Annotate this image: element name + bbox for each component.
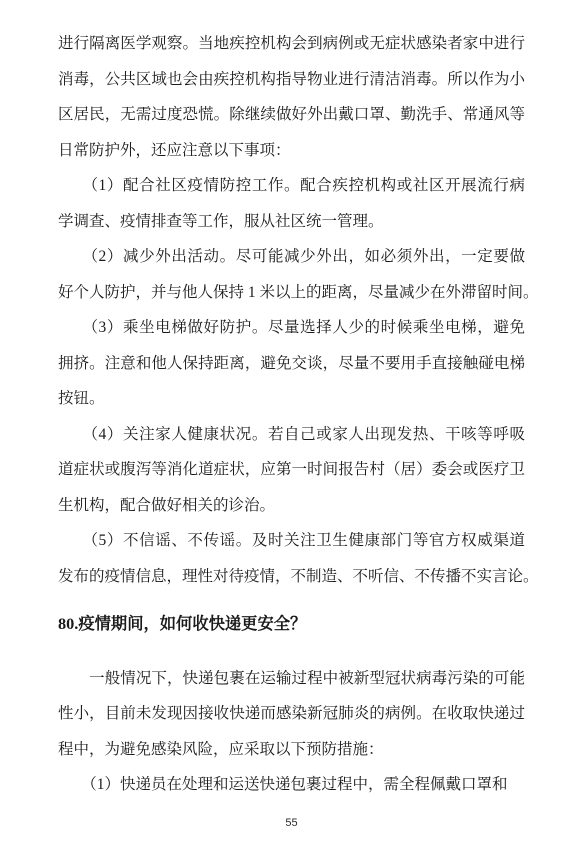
section-heading: 80.疫情期间，如何收快递更安全？ (58, 606, 525, 642)
paragraph: （1）配合社区疫情防控工作。配合疾控机构或社区开展流行病学调查、疫情排查等工作，… (58, 168, 525, 239)
page-footer: 55 (0, 813, 583, 831)
paragraph: （1）快递员在处理和运送快递包裹过程中，需全程佩戴口罩和 (58, 767, 525, 803)
text-line: （2）减少外出活动。尽可能减少外出，如必须外出，一定要做 (58, 239, 525, 275)
text-line: （4）关注家人健康状况。若自己或家人出现发热、干咳等呼吸 (58, 417, 525, 453)
text-line: （5）不信谣、不传谣。及时关注卫生健康部门等官方权威渠道 (58, 523, 525, 559)
text-line: 学调查、疫情排查等工作，服从社区统一管理。 (58, 204, 525, 240)
text-line: （1）快递员在处理和运送快递包裹过程中，需全程佩戴口罩和 (58, 767, 525, 803)
text-line: 拥挤。注意和他人保持距离，避免交谈，尽量不要用手直接触碰电梯 (58, 346, 525, 382)
page-number: 55 (285, 817, 297, 829)
paragraph: （5）不信谣、不传谣。及时关注卫生健康部门等官方权威渠道发布的疫情信息，理性对待… (58, 523, 525, 594)
paragraph: （4）关注家人健康状况。若自己或家人出现发热、干咳等呼吸道症状或腹泻等消化道症状… (58, 417, 525, 524)
text-line: 进行隔离医学观察。当地疾控机构会到病例或无症状感染者家中进行 (58, 26, 525, 62)
text-line: 消毒，公共区域也会由疾控机构指导物业进行清洁消毒。所以作为小 (58, 62, 525, 98)
text-line: （3）乘坐电梯做好防护。尽量选择人少的时候乘坐电梯，避免 (58, 310, 525, 346)
text-line: 按钮。 (58, 381, 525, 417)
text-line: 道症状或腹泻等消化道症状，应第一时间报告村（居）委会或医疗卫 (58, 452, 525, 488)
text-line: 发布的疫情信息，理性对待疫情，不制造、不听信、不传播不实言论。 (58, 559, 525, 595)
text-line: （1）配合社区疫情防控工作。配合疾控机构或社区开展流行病 (58, 168, 525, 204)
text-line: 一般情况下，快递包裹在运输过程中被新型冠状病毒污染的可能 (58, 661, 525, 697)
text-line: 日常防护外，还应注意以下事项： (58, 133, 525, 169)
paragraph: （2）减少外出活动。尽可能减少外出，如必须外出，一定要做好个人防护，并与他人保持… (58, 239, 525, 310)
text-line: 区居民，无需过度恐慌。除继续做好外出戴口罩、勤洗手、常通风等 (58, 97, 525, 133)
paragraph: 进行隔离医学观察。当地疾控机构会到病例或无症状感染者家中进行消毒，公共区域也会由… (58, 26, 525, 168)
text-line: 程中，为避免感染风险，应采取以下预防措施： (58, 732, 525, 768)
text-line: 生机构，配合做好相关的诊治。 (58, 488, 525, 524)
document-page: 进行隔离医学观察。当地疾控机构会到病例或无症状感染者家中进行消毒，公共区域也会由… (0, 0, 583, 849)
text-line: 80.疫情期间，如何收快递更安全？ (58, 606, 525, 642)
paragraph: 一般情况下，快递包裹在运输过程中被新型冠状病毒污染的可能性小，目前未发现因接收快… (58, 661, 525, 768)
text-line: 性小，目前未发现因接收快递而感染新冠肺炎的病例。在收取快递过 (58, 696, 525, 732)
document-body: 进行隔离医学观察。当地疾控机构会到病例或无症状感染者家中进行消毒，公共区域也会由… (58, 26, 525, 803)
paragraph: （3）乘坐电梯做好防护。尽量选择人少的时候乘坐电梯，避免拥挤。注意和他人保持距离… (58, 310, 525, 417)
text-line: 好个人防护，并与他人保持 1 米以上的距离，尽量减少在外滞留时间。 (58, 275, 525, 311)
